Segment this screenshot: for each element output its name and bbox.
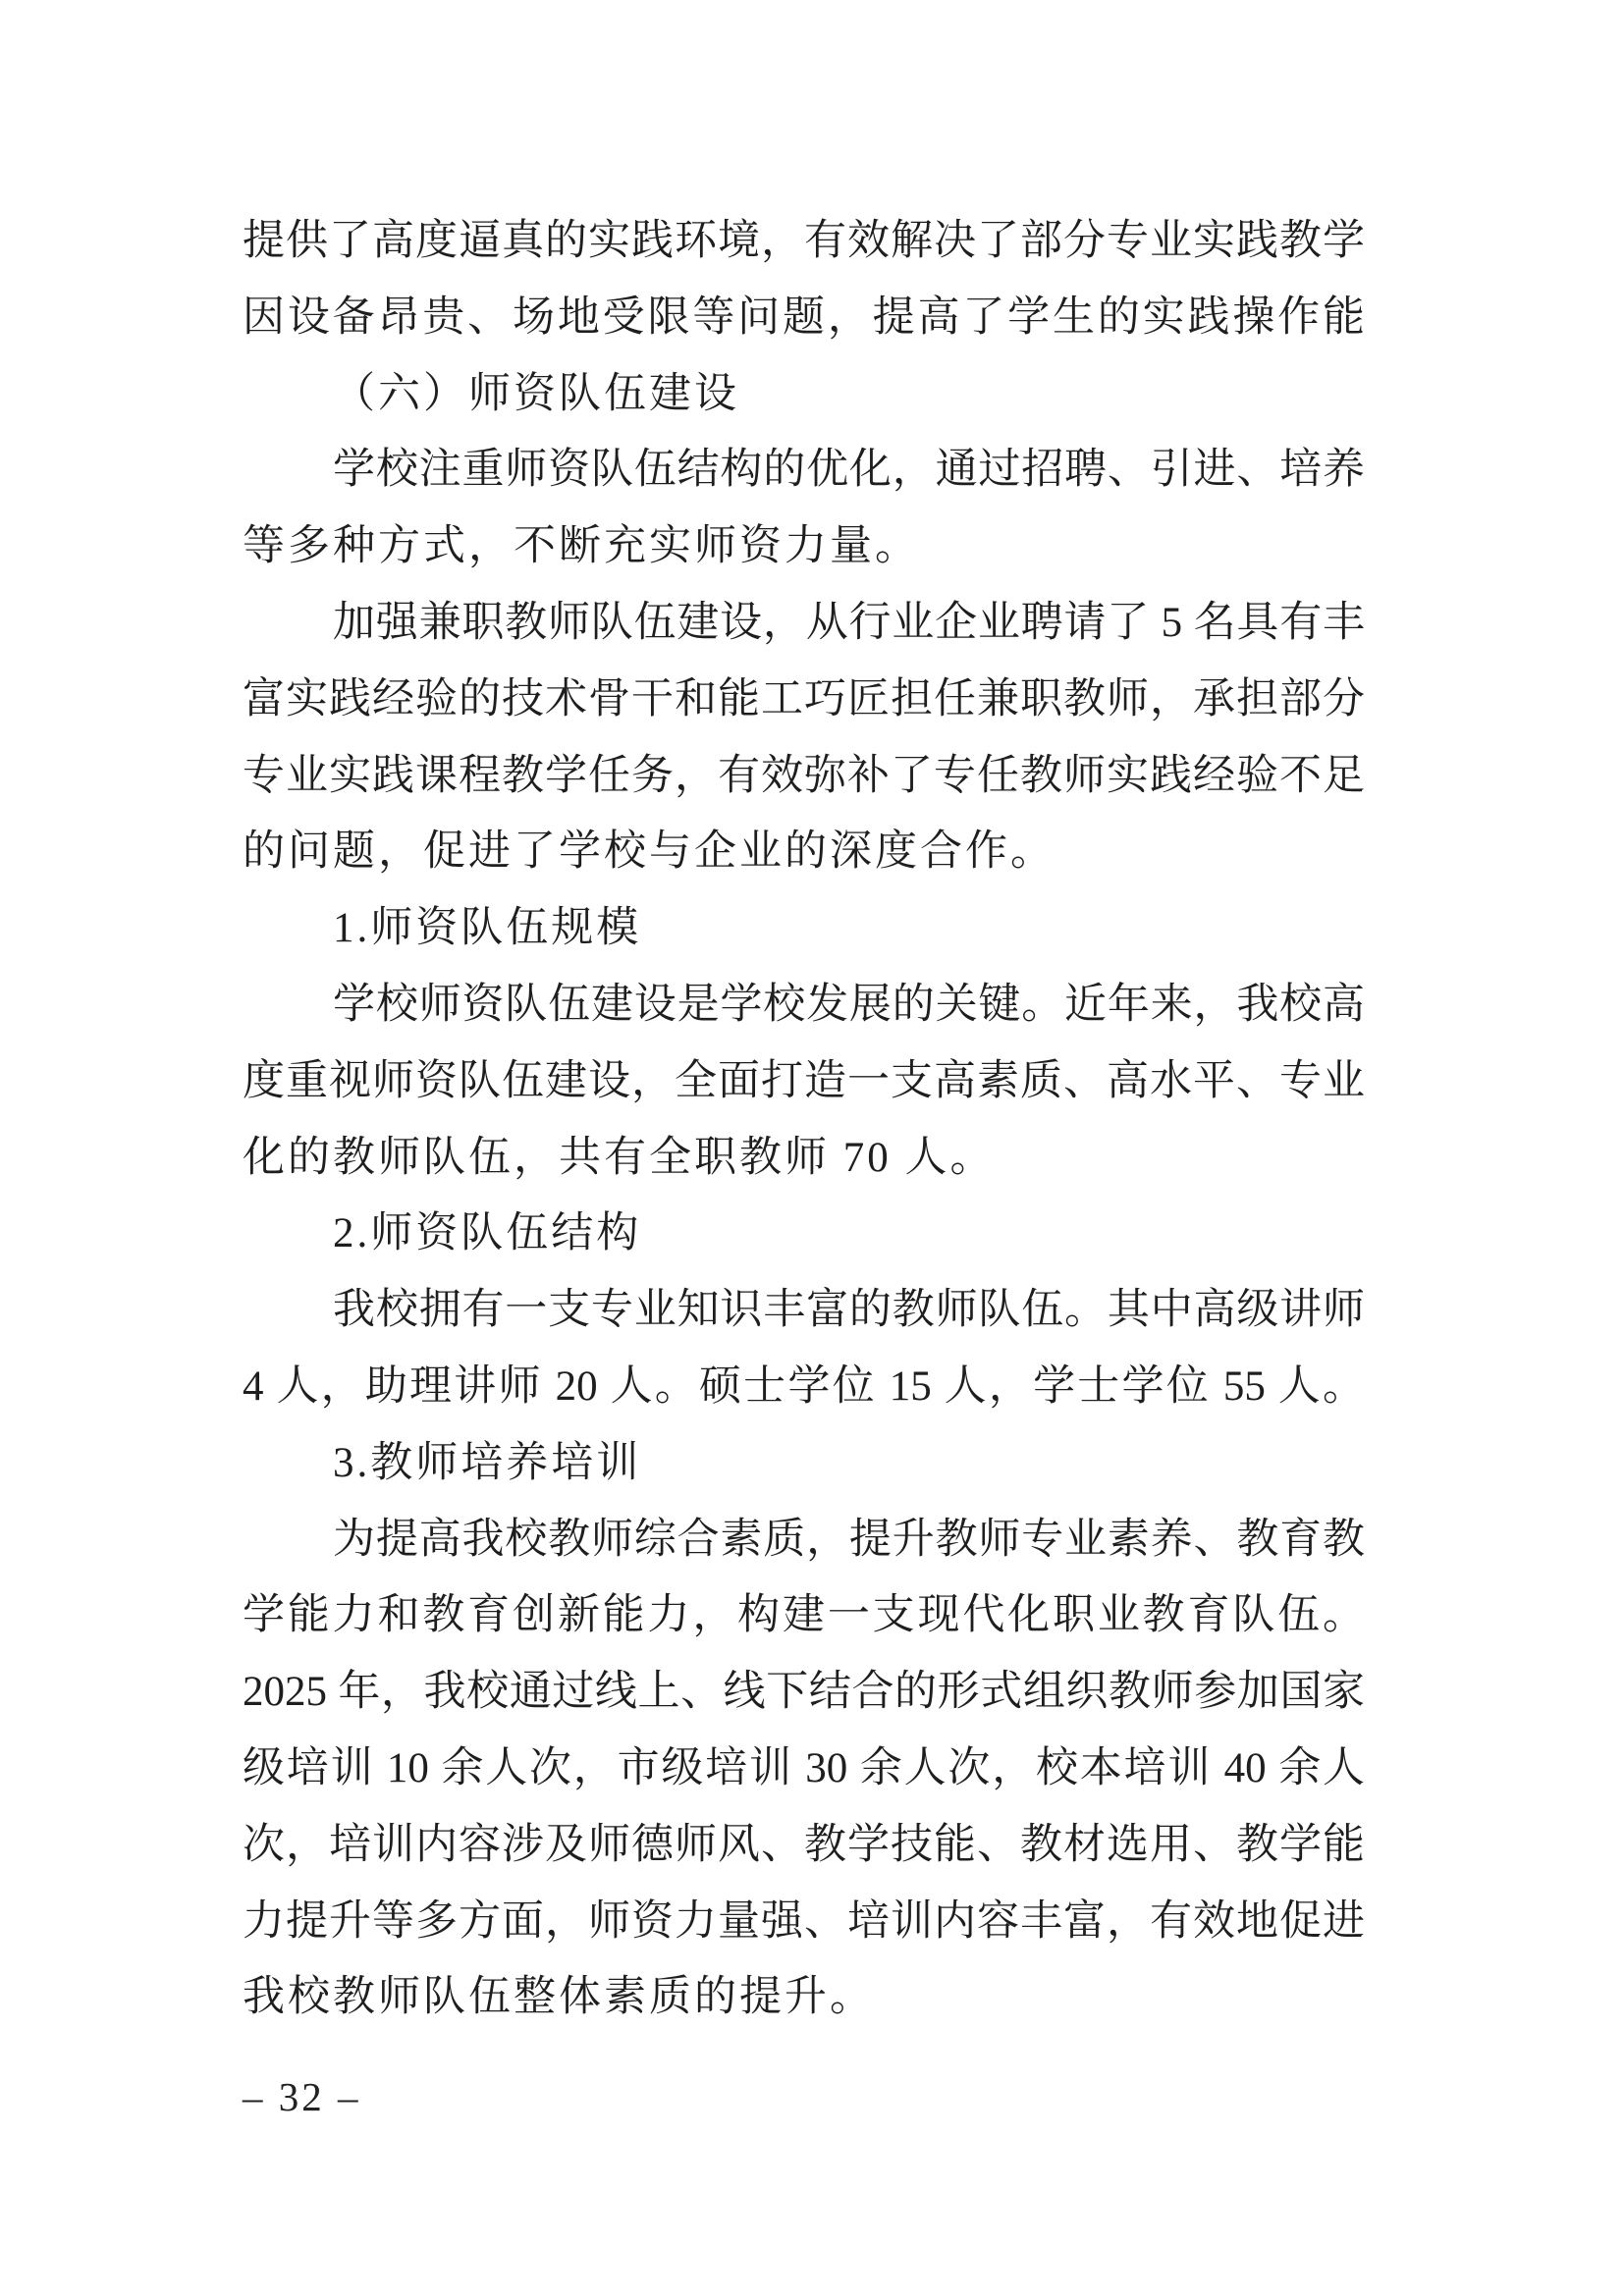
text-line: 次，培训内容涉及师德师风、教学技能、教材选用、教学能 [243,1807,1365,1884]
text-line: 加强兼职教师队伍建设，从行业企业聘请了 5 名具有丰 [243,585,1365,662]
text-line: 因设备昂贵、场地受限等问题，提高了学生的实践操作能力。 [243,280,1365,356]
text-line: 提供了高度逼真的实践环境，有效解决了部分专业实践教学 [243,203,1365,280]
subsection-heading: 1.师资队伍规模 [243,890,1365,967]
subsection-heading: 2.师资队伍结构 [243,1196,1365,1272]
text-line: 学能力和教育创新能力，构建一支现代化职业教育队伍。 [243,1577,1365,1654]
subsection-heading: 3.教师培养培训 [243,1425,1365,1502]
text-line: 度重视师资队伍建设，全面打造一支高素质、高水平、专业 [243,1043,1365,1120]
document-page: 提供了高度逼真的实践环境，有效解决了部分专业实践教学 因设备昂贵、场地受限等问题… [0,0,1624,2296]
text-line: 化的教师队伍，共有全职教师 70 人。 [243,1120,1365,1197]
text-line: 专业实践课程教学任务，有效弥补了专任教师实践经验不足 [243,738,1365,815]
text-line: 我校拥有一支专业知识丰富的教师队伍。其中高级讲师 [243,1272,1365,1349]
text-block: 提供了高度逼真的实践环境，有效解决了部分专业实践教学 因设备昂贵、场地受限等问题… [243,203,1365,2036]
text-line: 我校教师队伍整体素质的提升。 [243,1959,1365,2036]
page-number: – 32 – [243,2073,361,2120]
text-line: 的问题，促进了学校与企业的深度合作。 [243,814,1365,890]
text-line: 学校师资队伍建设是学校发展的关键。近年来，我校高 [243,967,1365,1043]
text-line: 等多种方式，不断充实师资力量。 [243,508,1365,585]
text-line: 4 人，助理讲师 20 人。硕士学位 15 人，学士学位 55 人。 [243,1349,1365,1425]
text-line: 级培训 10 余人次，市级培训 30 余人次，校本培训 40 余人 [243,1731,1365,1807]
text-line: 力提升等多方面，师资力量强、培训内容丰富，有效地促进 [243,1884,1365,1960]
section-heading: （六）师资队伍建设 [243,356,1365,433]
text-line: 学校注重师资队伍结构的优化，通过招聘、引进、培养 [243,432,1365,508]
text-line: 2025 年，我校通过线上、线下结合的形式组织教师参加国家 [243,1654,1365,1731]
text-line: 为提高我校教师综合素质，提升教师专业素养、教育教 [243,1502,1365,1578]
text-line: 富实践经验的技术骨干和能工巧匠担任兼职教师，承担部分 [243,662,1365,738]
